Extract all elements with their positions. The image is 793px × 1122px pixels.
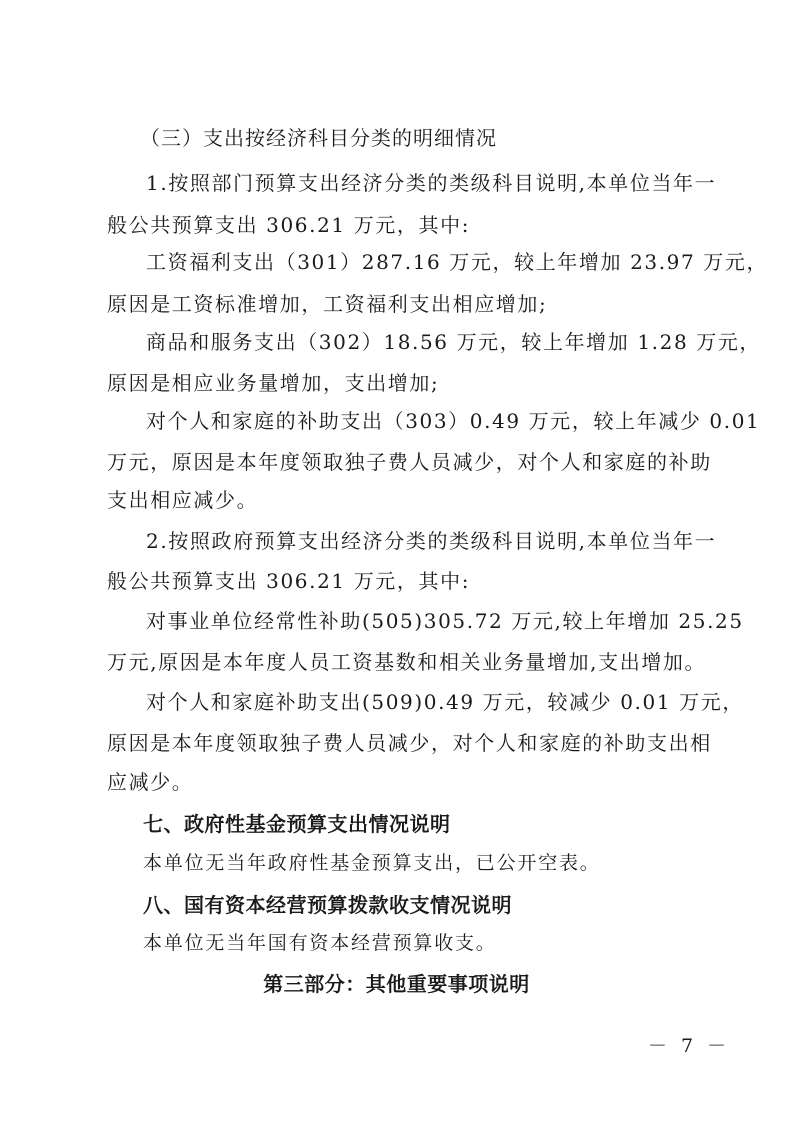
paragraph-subsidy303-line2: 万元，原因是本年度领取独子费人员减少，对个人和家庭的补助 [107, 450, 712, 474]
paragraph-subsidy509-line3: 应减少。 [107, 770, 193, 794]
paragraph-subsidy303-line3: 支出相应减少。 [107, 488, 258, 512]
section7-body: 本单位无当年政府性基金预算支出，已公开空表。 [143, 851, 601, 875]
part3-title: 第三部分：其他重要事项说明 [0, 972, 793, 996]
paragraph-subsidy509-line2: 原因是本年度领取独子费人员减少，对个人和家庭的补助支出相 [107, 731, 712, 755]
section-heading: （三）支出按经济科目分类的明细情况 [140, 126, 497, 150]
paragraph-item1-line2: 般公共预算支出 306.21 万元，其中: [107, 213, 470, 237]
paragraph-wages-line2: 原因是工资标准增加，工资福利支出相应增加; [107, 292, 547, 316]
paragraph-subsidy505-line1: 对事业单位经常性补助(505)305.72 万元,较上年增加 25.25 [146, 609, 744, 633]
paragraph-goods-line1: 商品和服务支出（302）18.56 万元，较上年增加 1.28 万元， [146, 330, 761, 354]
paragraph-subsidy505-line2: 万元,原因是本年度人员工资基数和相关业务量增加,支出增加。 [107, 650, 706, 674]
paragraph-item2-line2: 般公共预算支出 306.21 万元，其中: [107, 569, 470, 593]
paragraph-item2-line1: 2.按照政府预算支出经济分类的类级科目说明,本单位当年一 [146, 529, 716, 553]
paragraph-wages-line1: 工资福利支出（301）287.16 万元，较上年增加 23.97 万元， [146, 250, 768, 274]
paragraph-item1-line1: 1.按照部门预算支出经济分类的类级科目说明,本单位当年一 [146, 171, 716, 195]
section8-heading: 八、国有资本经营预算拨款收支情况说明 [143, 893, 512, 917]
paragraph-subsidy303-line1: 对个人和家庭的补助支出（303）0.49 万元，较上年减少 0.01 [146, 409, 760, 433]
paragraph-subsidy509-line1: 对个人和家庭补助支出(509)0.49 万元，较减少 0.01 万元， [146, 690, 744, 714]
section7-heading: 七、政府性基金预算支出情况说明 [143, 812, 451, 836]
paragraph-goods-line2: 原因是相应业务量增加，支出增加; [107, 371, 439, 395]
section8-body: 本单位无当年国有资本经营预算收支。 [143, 931, 497, 955]
page-number: － 7 － [648, 1031, 730, 1058]
